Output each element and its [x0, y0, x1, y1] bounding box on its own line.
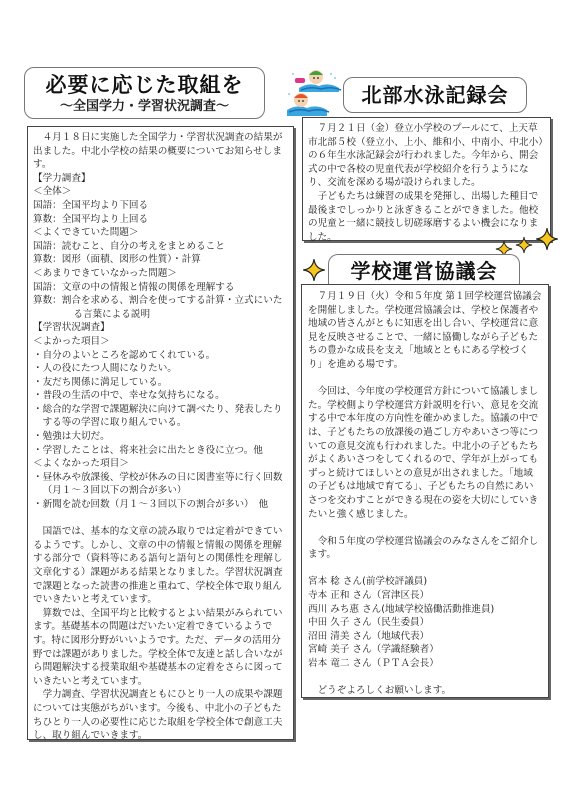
sparkle-icon [515, 236, 533, 254]
positive-item: ・普段の生活の中で、幸せな気持ちになる。 [33, 389, 288, 403]
member-role: さん(地域学校協働活動推進員) [362, 604, 494, 615]
negative-item: ・新聞を読む回数（月１～３回以下の割合が多い） 他 [33, 498, 288, 512]
member-row: 宮本 稔 さん(前学校評議員) [308, 575, 542, 589]
member-name: 宮崎 美子 [308, 643, 349, 657]
member-role: さん(前学校評議員) [343, 576, 427, 587]
spacer [308, 372, 542, 386]
left-article-subtitle: ～全国学力・学習状況調査～ [25, 98, 264, 116]
member-name: 西川 みち惠 [308, 603, 359, 617]
positive-item: ・自分のよいところを認めてくれている。 [33, 349, 288, 363]
overall-item: 算数：全国平均より上回る [33, 213, 288, 227]
member-role: さん（学識経験者） [353, 644, 439, 655]
math-paragraph: 算数では、全国平均と比較するとよい結果がみられています。基礎基本の問題はだいたい… [33, 607, 288, 689]
member-role: さん（地域代表） [353, 631, 430, 642]
council-paragraph: ７月１９日（火）令和５年度 第１回学校運営協議会を開催しました。学校運営協議会は… [308, 290, 542, 372]
member-role: さん（ＰＴＡ会長） [353, 658, 439, 669]
member-name: 岩本 竜二 [308, 657, 349, 671]
positive-item: ・友だち関係に満足している。 [33, 376, 288, 390]
overall-heading: ＜全体＞ [33, 185, 288, 199]
poor-item: 国語：文章の中の情報と情報の関係を理解する [33, 281, 288, 295]
left-article-title-box: 必要に応じた取組を ～全国学力・学習状況調査～ [24, 67, 265, 119]
member-name: 寺本 正和 [308, 589, 349, 603]
good-item: 国語：読むこと、自分の考えをまとめること [33, 240, 288, 254]
member-row: 沼田 清美 さん（地域代表） [308, 630, 542, 644]
member-row: 寺本 正和 さん（宮津区長） [308, 589, 542, 603]
member-row: 中田 久子 さん（民生委員） [308, 616, 542, 630]
member-name: 中田 久子 [308, 616, 349, 630]
intro-paragraph: ４月１８日に実施した全国学力・学習状況調査の結果が出ました。中北小学校の結果の概… [33, 131, 288, 172]
positive-heading: ＜よかった項目＞ [33, 335, 288, 349]
member-row: 宮崎 美子 さん（学識経験者） [308, 643, 542, 657]
council-article-body: ７月１９日（火）令和５年度 第１回学校運営協議会を開催しました。学校運営協議会は… [301, 284, 549, 698]
swim-paragraph: ７月２１日（金）登立小学校のプールにて、上天草市北部５校（登立小、上小、維和小、… [308, 122, 545, 190]
member-name: 沼田 清美 [308, 630, 349, 644]
survey-heading: 【学習状況調査】 [33, 321, 288, 335]
council-article-title: 学校運営協議会 [329, 255, 519, 287]
swim-article-title-box: 北部水泳記録会 [343, 77, 527, 113]
member-row: 岩本 竜二 さん（ＰＴＡ会長） [308, 657, 542, 671]
good-item: 算数：図形（面積、図形の性質）・計算 [33, 253, 288, 267]
spacer [308, 521, 542, 535]
closing-line: どうぞよろしくお願いします。 [308, 684, 542, 698]
good-heading: ＜よくできていた問題＞ [33, 226, 288, 240]
spacer [33, 512, 288, 526]
overall-item: 国語：全国平均より下回る [33, 199, 288, 213]
poor-item: 算数：割合を求める、割合を使ってする計算・立式にいたる言葉による説明 [33, 294, 288, 321]
council-article-title-box: 学校運営協議会 [328, 254, 520, 286]
spacer [308, 562, 542, 576]
left-article-body: ４月１８日に実施した全国学力・学習状況調査の結果が出ました。中北小学校の結果の概… [27, 126, 294, 740]
academic-heading: 【学力調査】 [33, 172, 288, 186]
positive-item: ・総合的な学習で課題解決に向けて調べたり、発表したりする等の学習に取り組んでいる… [33, 403, 288, 430]
sparkle-icon [302, 257, 326, 283]
swimmers-illustration-icon [285, 64, 343, 118]
negative-item: ・昼休みや放課後、学校が休みの日に図書室等に行く回数（月１～３回以下の割合が多い… [33, 471, 288, 498]
poor-heading: ＜あまりできていなかった問題＞ [33, 267, 288, 281]
council-paragraph: 今回は、今年度の学校運営方針について協議しました。学校側より学校運営方針説明を行… [308, 385, 542, 521]
sparkle-icon [535, 226, 559, 252]
member-role: さん（宮津区長） [353, 590, 430, 601]
member-row: 西川 みち惠 さん(地域学校協働活動推進員) [308, 603, 542, 617]
swim-article-title: 北部水泳記録会 [344, 78, 526, 112]
left-article-title: 必要に応じた取組を [25, 72, 264, 98]
japanese-paragraph: 国語では、基本的な文章の読み取りでは定着ができているようです。しかし、文章の中の… [33, 525, 288, 607]
member-name: 宮本 稔 [308, 575, 340, 589]
swim-paragraph: 子どもたちは練習の成果を発揮し、出場した種目で最後までしっかりと泳ぎきることがで… [308, 190, 545, 244]
negative-heading: ＜よくなかった項目＞ [33, 457, 288, 471]
spacer [308, 671, 542, 685]
swim-article-body: ７月２１日（金）登立小学校のプールにて、上天草市北部５校（登立小、上小、維和小、… [302, 117, 551, 241]
summary-paragraph: 学力調査、学習状況調査ともにひとり一人の成果や課題については実態がちがいます。今… [33, 688, 288, 742]
positive-item: ・勉強は大切だ。 [33, 430, 288, 444]
positive-item: ・人の役にたつ人間になりたい。 [33, 362, 288, 376]
council-paragraph: 令和５年度の学校運営協議会のみなさんをご紹介します。 [308, 535, 542, 562]
member-role: さん（民生委員） [353, 617, 430, 628]
positive-item: ・学習したことは、将来社会に出たとき役に立つ。他 [33, 444, 288, 458]
